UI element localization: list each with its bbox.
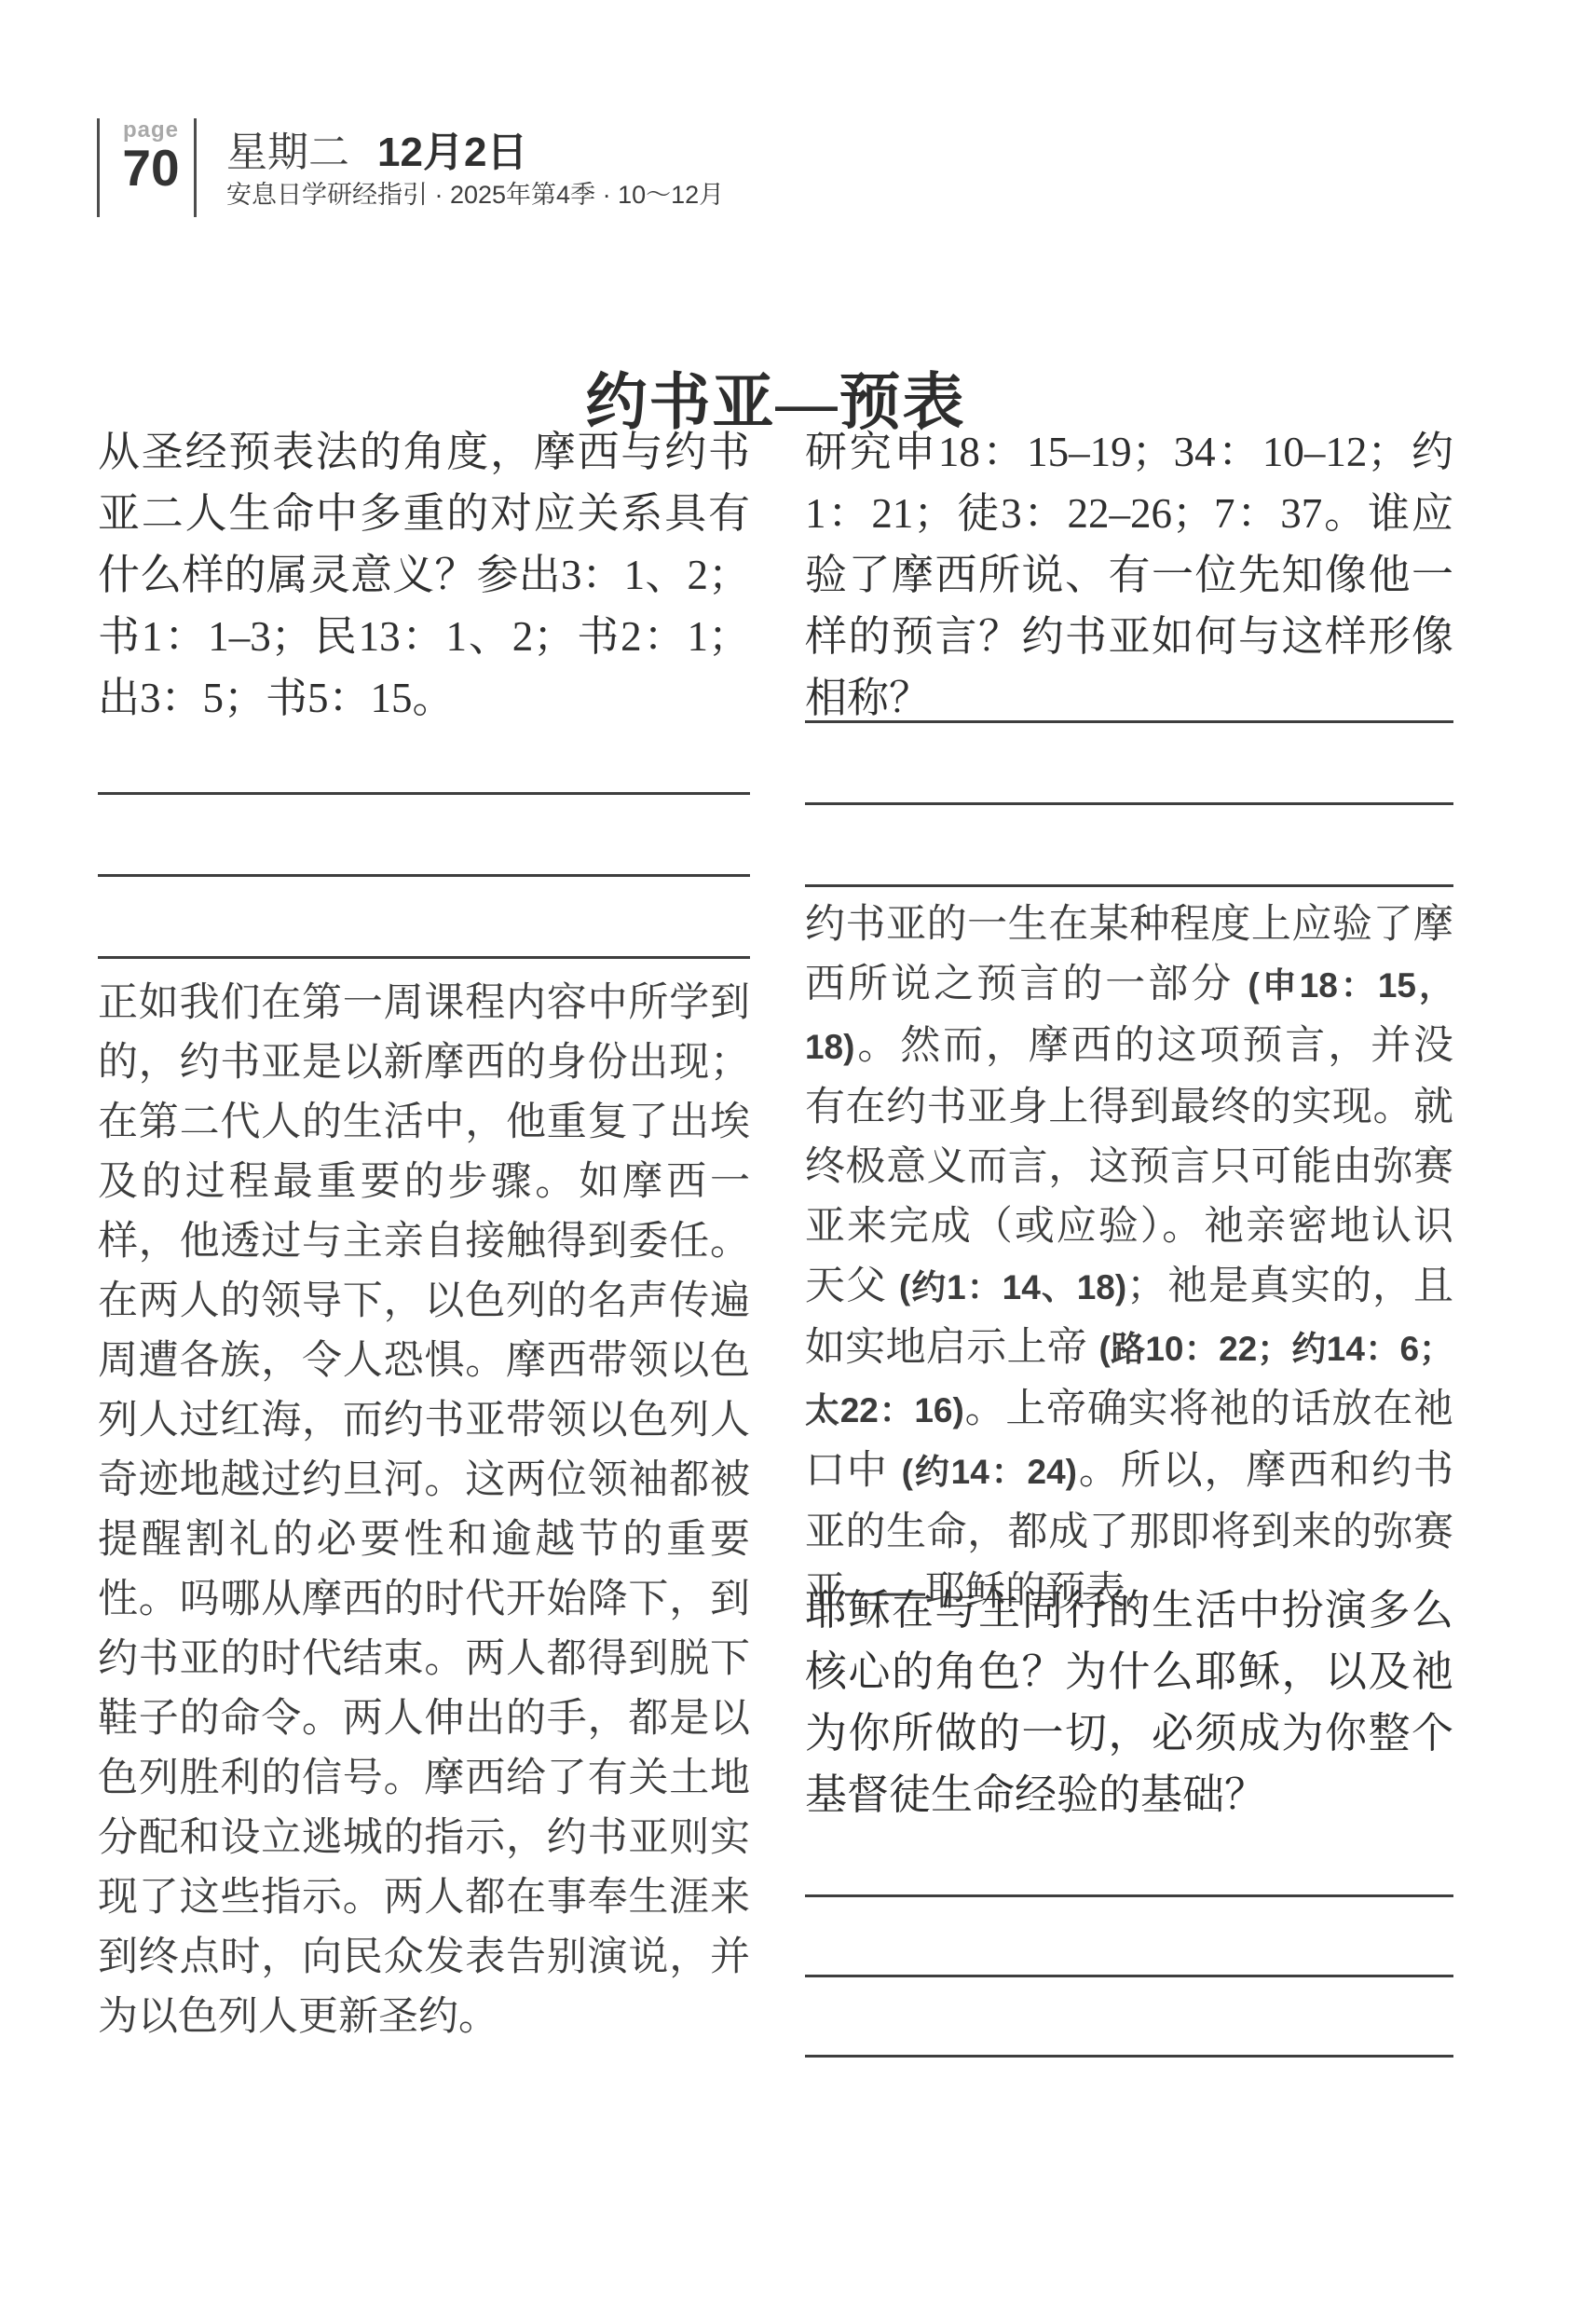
lesson-page: page 70 星期二 12月2日 安息日学研经指引 · 2025年第4季 · … <box>0 0 1596 2311</box>
answer-line <box>805 641 1453 723</box>
date-label: 12月2日 <box>377 130 527 175</box>
left-body-paragraph: 正如我们在第一周课程内容中所学到的，约书亚是以新摩西的身份出现；在第二代人的生活… <box>98 973 750 2046</box>
answer-line <box>805 1817 1453 1897</box>
answer-line <box>805 1897 1453 1977</box>
right-answer-lines-top <box>805 641 1453 887</box>
right-body-paragraph: 约书亚的一生在某种程度上应验了摩西所说之预言的一部分 (申18：15，18)。然… <box>805 895 1453 1621</box>
weekday-label: 星期二 <box>226 130 349 175</box>
answer-line <box>805 805 1453 887</box>
header-divider-left <box>97 118 100 217</box>
header-divider-right <box>194 118 197 217</box>
left-question-paragraph: 从圣经预表法的角度，摩西与约书亚二人生命中多重的对应关系具有什么样的属灵意义？参… <box>98 421 750 729</box>
page-number: 70 <box>110 138 192 198</box>
bible-reference: (约14：24) <box>902 1453 1077 1491</box>
answer-line <box>98 877 750 959</box>
bible-reference: (约1：14、18) <box>899 1268 1126 1306</box>
right-answer-lines-bottom <box>805 1817 1453 2058</box>
header-date-row: 星期二 12月2日 <box>226 130 527 175</box>
answer-line <box>98 795 750 877</box>
answer-line <box>805 1977 1453 2058</box>
answer-line <box>805 723 1453 805</box>
right-application-question: 耶稣在与主同行的生活中扮演多么核心的角色？为什么耶稣，以及祂为你所做的一切，必须… <box>805 1579 1453 1826</box>
answer-line <box>98 713 750 795</box>
edition-subtitle: 安息日学研经指引 · 2025年第4季 · 10～12月 <box>226 180 724 210</box>
left-answer-lines <box>98 713 750 959</box>
